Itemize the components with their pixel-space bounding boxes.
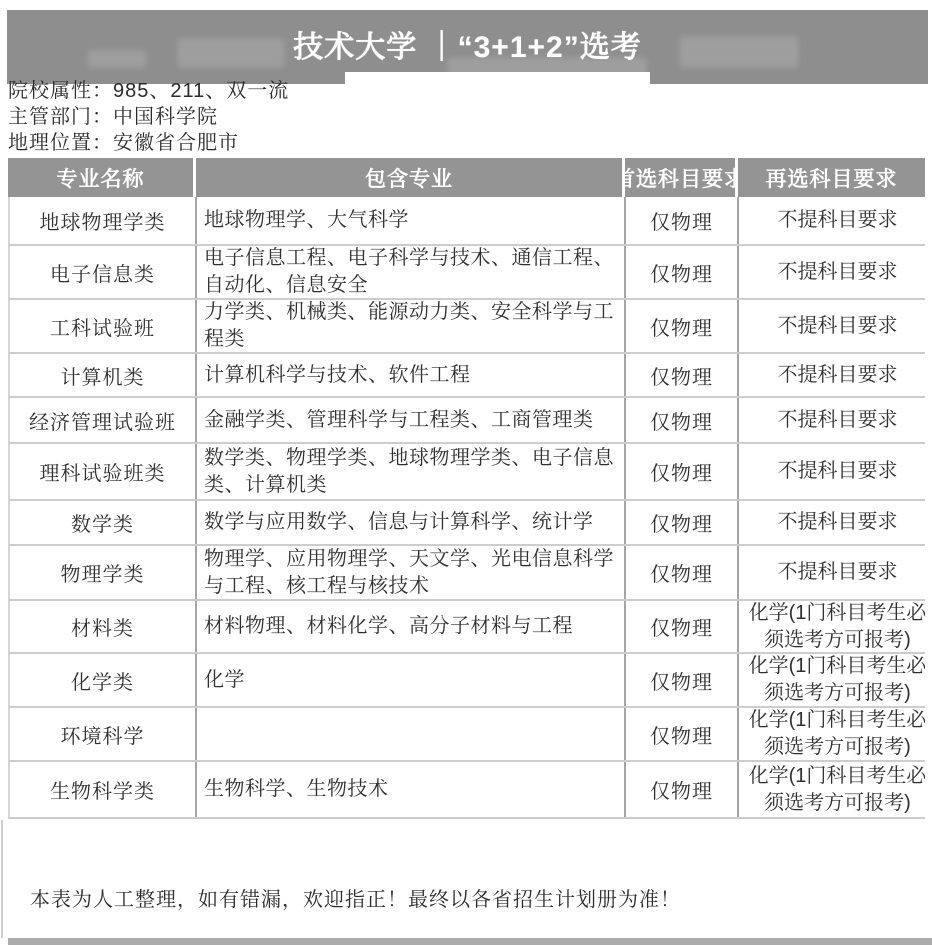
cell-primary-subject: 仅物理 — [624, 654, 737, 706]
cell-primary-subject: 仅物理 — [624, 501, 737, 544]
cell-primary-subject: 仅物理 — [624, 601, 737, 652]
cell-includes: 生物科学、生物技术 — [195, 762, 624, 817]
info-line-attributes: 院校属性：985、211、双一流 — [8, 78, 289, 104]
school-info: 院校属性：985、211、双一流 主管部门：中国科学院 地理位置：安徽省合肥市 — [8, 78, 289, 156]
cell-secondary-subject: 化学(1门科目考生必须选考方可报考) — [737, 601, 925, 652]
table-row: 材料类 材料物理、材料化学、高分子材料与工程 仅物理 化学(1门科目考生必须选考… — [8, 601, 925, 654]
table-row: 工科试验班 力学类、机械类、能源动力类、安全科学与工程类 仅物理 不提科目要求 — [8, 300, 925, 354]
cell-secondary-subject: 不提科目要求 — [737, 354, 925, 396]
table-row: 地球物理学类 地球物理学、大气科学 仅物理 不提科目要求 — [8, 197, 925, 246]
cell-major: 理科试验班类 — [10, 444, 195, 499]
cell-major: 工科试验班 — [10, 300, 195, 352]
cell-includes: 力学类、机械类、能源动力类、安全科学与工程类 — [195, 300, 624, 352]
cell-secondary-subject: 不提科目要求 — [737, 197, 925, 244]
cell-includes: 计算机科学与技术、软件工程 — [195, 354, 624, 396]
cell-primary-subject: 仅物理 — [624, 197, 737, 244]
cell-major: 数学类 — [10, 501, 195, 544]
cell-includes: 金融学类、管理科学与工程类、工商管理类 — [195, 398, 624, 442]
cell-secondary-subject: 不提科目要求 — [737, 444, 925, 499]
cell-major: 环境科学 — [10, 708, 195, 760]
table-row: 数学类 数学与应用数学、信息与计算科学、统计学 仅物理 不提科目要求 — [8, 501, 925, 546]
table-row: 理科试验班类 数学类、物理学类、地球物理学类、电子信息类、计算机类 仅物理 不提… — [8, 444, 925, 501]
cell-major: 生物科学类 — [10, 762, 195, 817]
cell-includes: 数学与应用数学、信息与计算科学、统计学 — [195, 501, 624, 544]
table-header-row: 专业名称 包含专业 首选科目要求 再选科目要求 — [8, 158, 925, 197]
watermark-ghost — [679, 36, 799, 68]
cell-secondary-subject: 不提科目要求 — [737, 501, 925, 544]
header-secondary: 再选科目要求 — [735, 158, 925, 197]
watermark-ghost — [447, 57, 647, 72]
title-banner: 技术大学 ｜“3+1+2”选考 — [7, 10, 928, 72]
cell-secondary-subject: 不提科目要求 — [737, 300, 925, 352]
header-includes: 包含专业 — [193, 158, 622, 197]
footer-note: 本表为人工整理，如有错漏，欢迎指正！最终以各省招生计划册为准！ — [30, 883, 681, 912]
cell-includes: 数学类、物理学类、地球物理学类、电子信息类、计算机类 — [195, 444, 624, 499]
header-major: 专业名称 — [8, 158, 193, 197]
cell-secondary-subject: 不提科目要求 — [737, 246, 925, 298]
info-line-department: 主管部门：中国科学院 — [8, 104, 289, 130]
banner-strip-right — [650, 71, 928, 84]
cell-secondary-subject: 化学(1门科目考生必须选考方可报考) — [737, 654, 925, 706]
cell-major: 经济管理试验班 — [10, 398, 195, 442]
cell-secondary-subject: 化学(1门科目考生必须选考方可报考) — [737, 708, 925, 760]
cell-primary-subject: 仅物理 — [624, 444, 737, 499]
cell-includes: 地球物理学、大气科学 — [195, 197, 624, 244]
cell-primary-subject: 仅物理 — [624, 708, 737, 760]
cell-major: 化学类 — [10, 654, 195, 706]
cell-primary-subject: 仅物理 — [624, 762, 737, 817]
page: 技术大学 ｜“3+1+2”选考 院校属性：985、211、双一流 主管部门：中国… — [0, 0, 932, 945]
bottom-gray-strip — [8, 938, 932, 945]
left-border-line — [1, 820, 3, 938]
header-primary: 首选科目要求 — [622, 158, 735, 197]
cell-major: 地球物理学类 — [10, 197, 195, 244]
cell-major: 电子信息类 — [10, 246, 195, 298]
cell-includes: 材料物理、材料化学、高分子材料与工程 — [195, 601, 624, 652]
cell-primary-subject: 仅物理 — [624, 354, 737, 396]
cell-includes: 化学 — [195, 654, 624, 706]
cell-secondary-subject: 化学(1门科目考生必须选考方可报考) — [737, 762, 925, 817]
cell-major: 材料类 — [10, 601, 195, 652]
table-row: 经济管理试验班 金融学类、管理科学与工程类、工商管理类 仅物理 不提科目要求 — [8, 398, 925, 444]
cell-includes: 物理学、应用物理学、天文学、光电信息科学与工程、核工程与核技术 — [195, 546, 624, 599]
cell-secondary-subject: 不提科目要求 — [737, 546, 925, 599]
table-row: 生物科学类 生物科学、生物技术 仅物理 化学(1门科目考生必须选考方可报考) — [8, 762, 925, 819]
cell-primary-subject: 仅物理 — [624, 398, 737, 442]
table-row: 电子信息类 电子信息工程、电子科学与技术、通信工程、自动化、信息安全 仅物理 不… — [8, 246, 925, 300]
cell-primary-subject: 仅物理 — [624, 300, 737, 352]
cell-includes: 电子信息工程、电子科学与技术、通信工程、自动化、信息安全 — [195, 246, 624, 298]
cell-includes — [195, 708, 624, 760]
majors-table: 专业名称 包含专业 首选科目要求 再选科目要求 地球物理学类 地球物理学、大气科… — [8, 158, 925, 819]
table-row: 环境科学 仅物理 化学(1门科目考生必须选考方可报考) — [8, 708, 925, 762]
cell-major: 物理学类 — [10, 546, 195, 599]
info-line-location: 地理位置：安徽省合肥市 — [8, 130, 289, 156]
cell-primary-subject: 仅物理 — [624, 246, 737, 298]
watermark-ghost — [87, 50, 147, 68]
cell-major: 计算机类 — [10, 354, 195, 396]
cell-secondary-subject: 不提科目要求 — [737, 398, 925, 442]
table-row: 物理学类 物理学、应用物理学、天文学、光电信息科学与工程、核工程与核技术 仅物理… — [8, 546, 925, 601]
cell-primary-subject: 仅物理 — [624, 546, 737, 599]
table-row: 化学类 化学 仅物理 化学(1门科目考生必须选考方可报考) — [8, 654, 925, 708]
watermark-ghost — [177, 38, 285, 68]
table-row: 计算机类 计算机科学与技术、软件工程 仅物理 不提科目要求 — [8, 354, 925, 398]
